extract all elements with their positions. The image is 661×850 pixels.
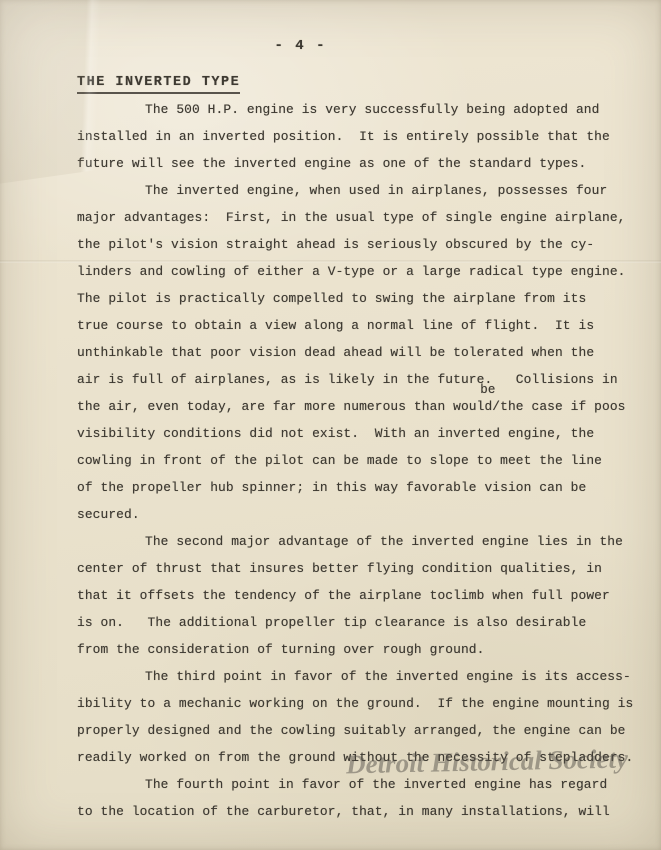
text-segment: the case if poos <box>500 399 625 414</box>
text-line: The pilot is practically compelled to sw… <box>77 285 637 312</box>
text-line: The second major advantage of the invert… <box>77 528 637 555</box>
text-line: ibility to a mechanic working on the gro… <box>77 690 637 717</box>
text-line: The 500 H.P. engine is very successfully… <box>77 96 637 123</box>
text-line: center of thrust that insures better fly… <box>77 555 637 582</box>
text-line: readily worked on from the ground withou… <box>77 744 637 771</box>
text-line: visibility conditions did not exist. Wit… <box>77 420 637 447</box>
text-line: the pilot's vision straight ahead is ser… <box>77 231 637 258</box>
document-heading: THE INVERTED TYPE <box>77 75 240 94</box>
text-line: of the propeller hub spinner; in this wa… <box>77 474 637 501</box>
text-line: linders and cowling of either a V-type o… <box>77 258 637 285</box>
paragraph: The third point in favor of the inverted… <box>77 663 637 771</box>
text-line: to the location of the carburetor, that,… <box>77 798 637 825</box>
text-line: from the consideration of turning over r… <box>77 636 637 663</box>
paragraph: The second major advantage of the invert… <box>77 528 637 663</box>
text-line: true course to obtain a view along a nor… <box>77 312 637 339</box>
text-line: secured. <box>77 501 637 528</box>
text-line: major advantages: First, in the usual ty… <box>77 204 637 231</box>
inserted-word: be <box>480 383 495 397</box>
paragraphs: The 500 H.P. engine is very successfully… <box>77 96 637 825</box>
paragraph: The inverted engine, when used in airpla… <box>77 177 637 528</box>
text-line: The third point in favor of the inverted… <box>77 663 637 690</box>
paragraph: The fourth point in favor of the inverte… <box>77 771 637 825</box>
paragraph: The 500 H.P. engine is very successfully… <box>77 96 637 177</box>
text-line: air is full of airplanes, as is likely i… <box>77 366 637 393</box>
text-line: future will see the inverted engine as o… <box>77 150 637 177</box>
text-segment: the air, even today, are far more numero… <box>77 399 492 414</box>
page-number: - 4 - <box>0 38 601 54</box>
text-line: cowling in front of the pilot can be mad… <box>77 447 637 474</box>
text-line: the air, even today, are far more numero… <box>77 393 637 420</box>
text-line: The fourth point in favor of the inverte… <box>77 771 637 798</box>
text-line: installed in an inverted position. It is… <box>77 123 637 150</box>
text-line: is on. The additional propeller tip clea… <box>77 609 637 636</box>
text-line: properly designed and the cowling suitab… <box>77 717 637 744</box>
text-segment: /be <box>492 399 500 414</box>
text-line: that it offsets the tendency of the airp… <box>77 582 637 609</box>
document-page: - 4 - THE INVERTED TYPE The 500 H.P. eng… <box>0 0 661 850</box>
text-line: The inverted engine, when used in airpla… <box>77 177 637 204</box>
heading-row: THE INVERTED TYPE <box>77 72 240 94</box>
text-line: unthinkable that poor vision dead ahead … <box>77 339 637 366</box>
